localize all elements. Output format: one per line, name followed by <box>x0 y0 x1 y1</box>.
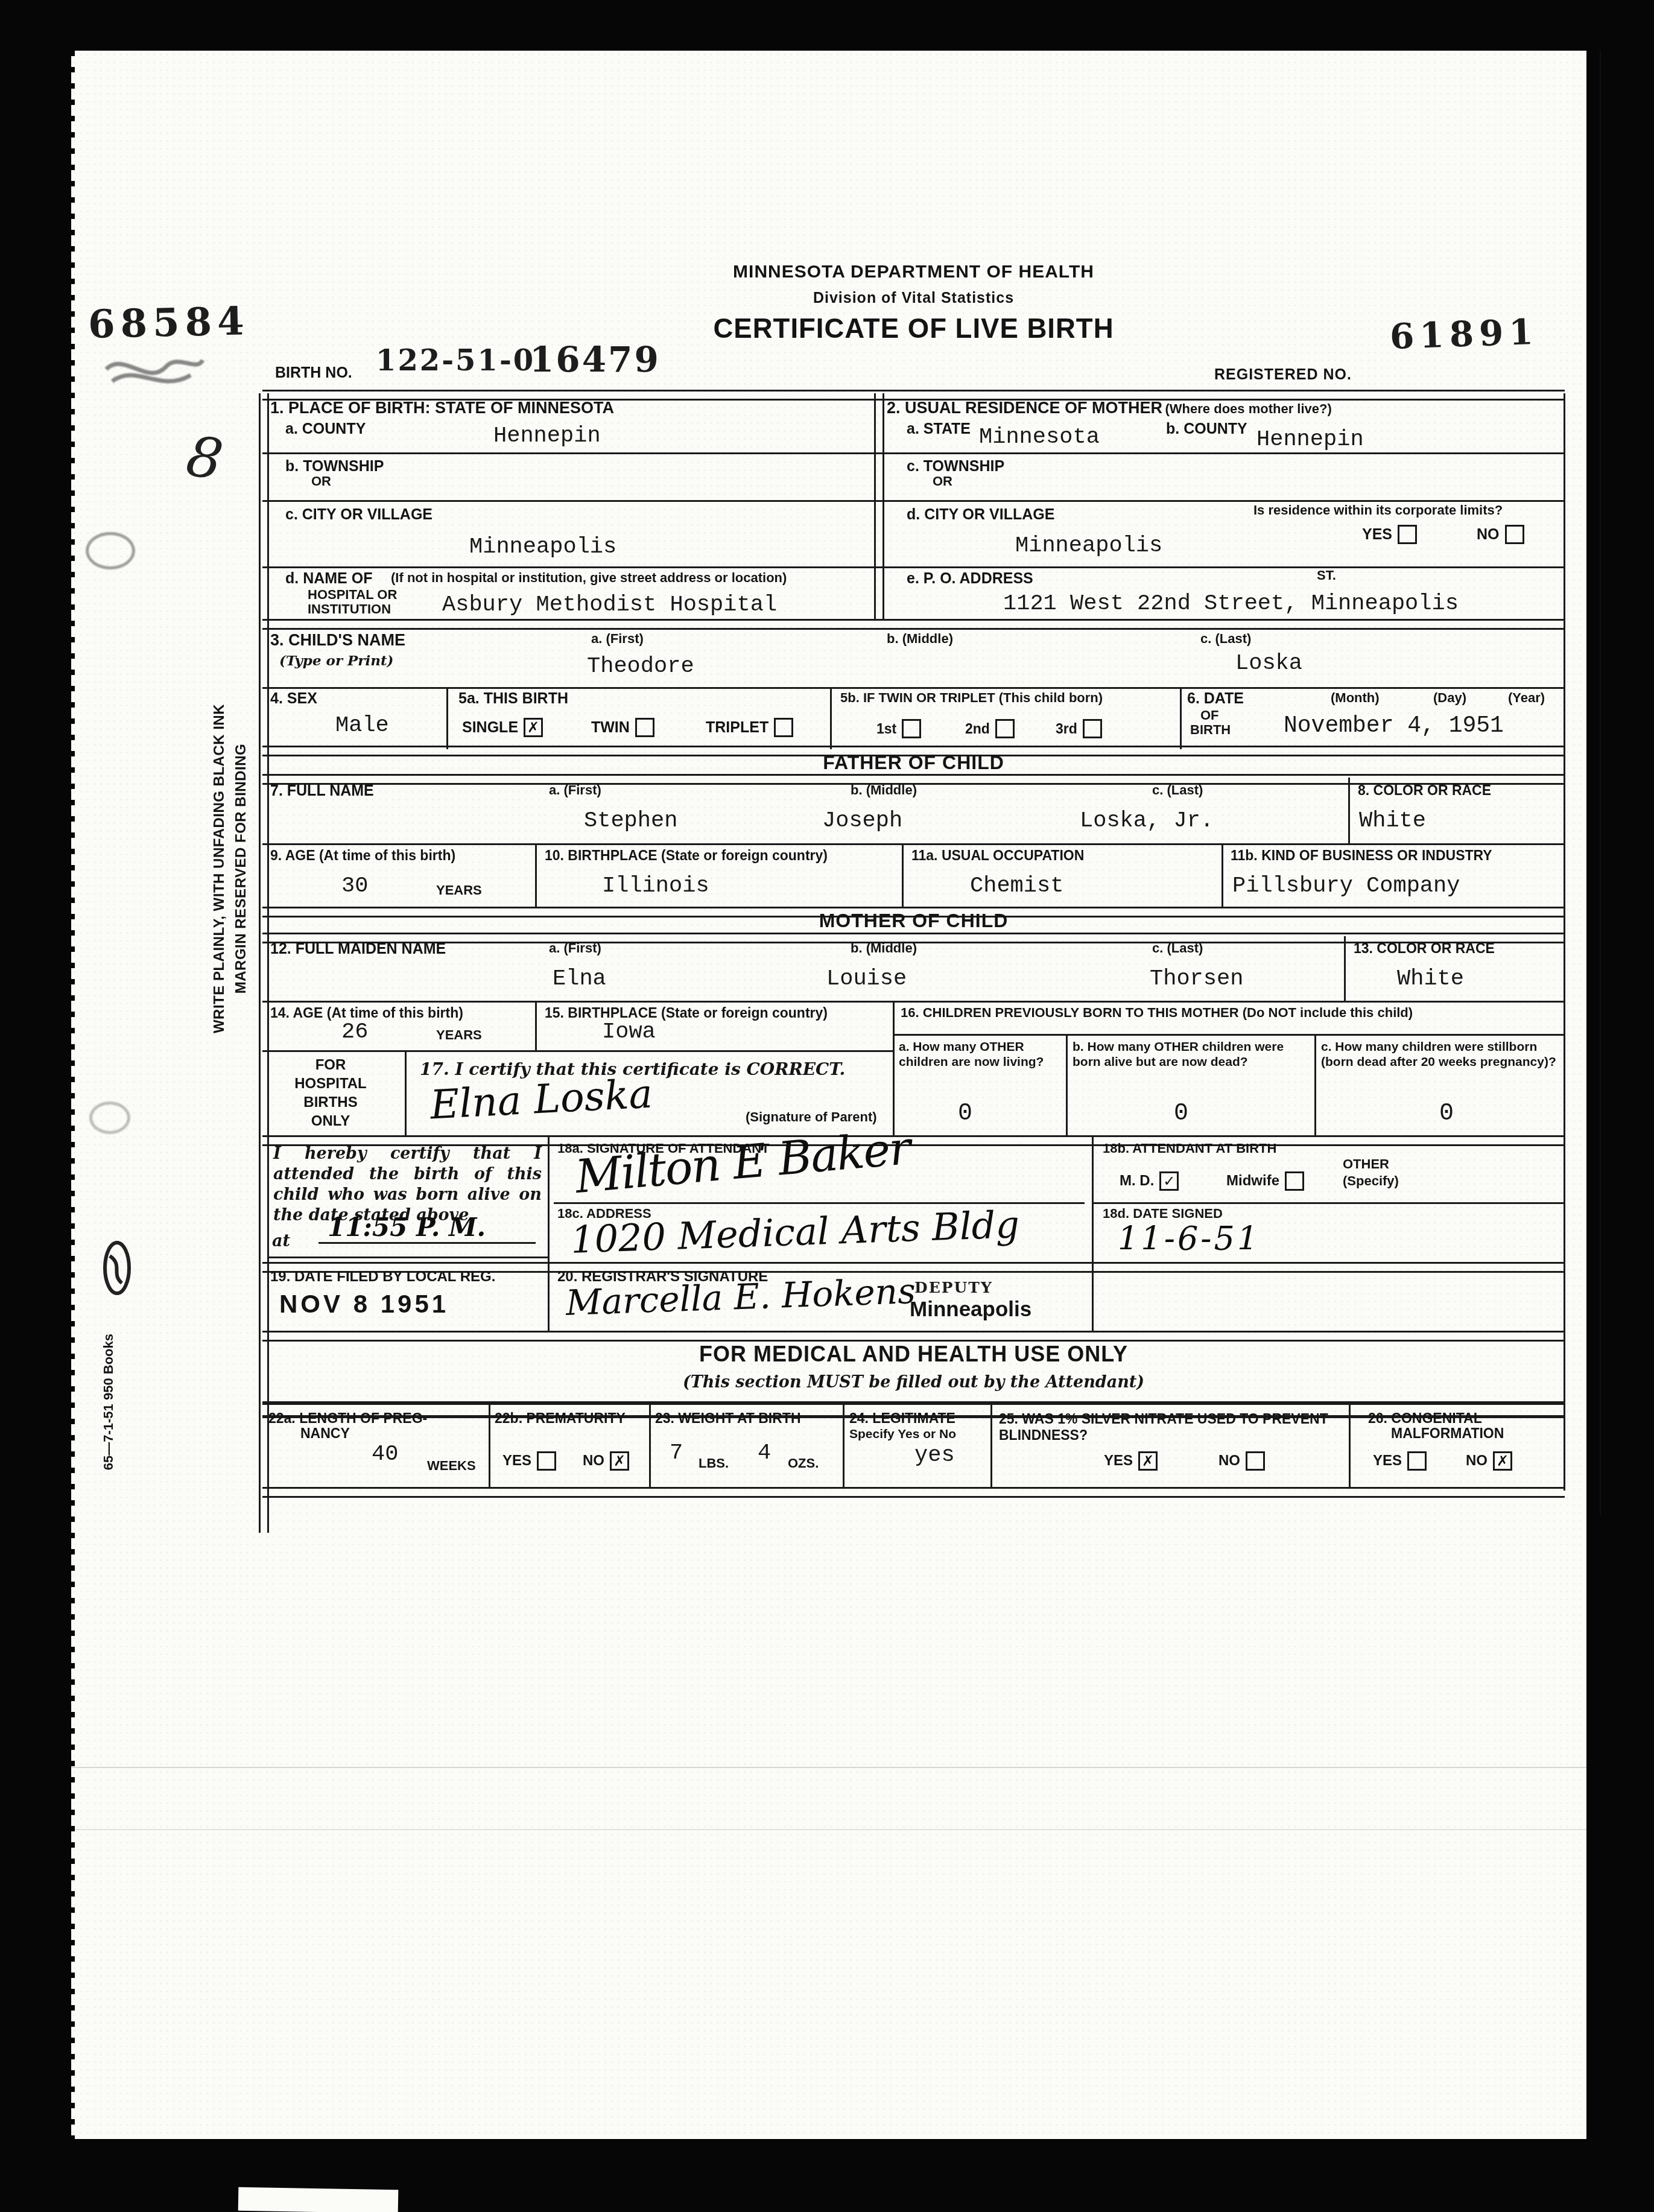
father-middle-label: b. (Middle) <box>851 783 917 797</box>
scan-smudge-ring <box>86 532 135 569</box>
sec5a-twin: TWIN <box>591 718 654 737</box>
divider <box>874 393 884 619</box>
margin-note-line1: WRITE PLAINLY, WITH UNFADING BLACK INK <box>209 507 230 1231</box>
sec3-subtitle: (Type or Print) <box>279 653 393 669</box>
mother-middle-label: b. (Middle) <box>851 941 917 955</box>
mother-last-label: c. (Last) <box>1152 941 1203 955</box>
signature-of-parent-label: (Signature of Parent) <box>746 1110 877 1124</box>
divider <box>830 687 832 749</box>
third-label: 3rd <box>1056 721 1077 737</box>
legitimate-value: yes <box>914 1443 955 1468</box>
no-label: NO <box>1477 526 1500 543</box>
sec26-label2: MALFORMATION <box>1391 1426 1504 1441</box>
sec2-township-or: OR <box>933 474 952 489</box>
triplet-checkbox <box>774 718 793 737</box>
sec22a-label1: 22a. LENGTH OF PREG- <box>268 1411 427 1426</box>
mother-race-label: 13. COLOR OR RACE <box>1354 941 1495 956</box>
sec2-st-label: ST. <box>1317 568 1336 583</box>
specify-label: (Specify) <box>1343 1174 1399 1188</box>
sec5a-single: SINGLE ✗ <box>462 718 543 737</box>
twin-checkbox <box>635 718 654 737</box>
single-label: SINGLE <box>462 719 518 737</box>
divider <box>262 1001 1565 1003</box>
sec3-last-label: c. (Last) <box>1200 632 1251 646</box>
sec6-month-label: (Month) <box>1331 691 1380 705</box>
midwife-option: Midwife <box>1226 1171 1304 1191</box>
divider <box>262 1050 893 1052</box>
divider <box>1092 1135 1094 1331</box>
sec18b-label: 18b. ATTENDANT AT BIRTH <box>1103 1141 1276 1156</box>
sec2-township-label: c. TOWNSHIP <box>907 458 1004 475</box>
sec3-title: 3. CHILD'S NAME <box>270 632 405 650</box>
prematurity-yes: YES <box>502 1451 556 1471</box>
sec3-middle-label: b. (Middle) <box>887 632 953 646</box>
ink-smudge <box>100 345 209 399</box>
date-filed-stamp: NOV 8 1951 <box>279 1290 533 1319</box>
children-dead-value: 0 <box>1174 1100 1188 1127</box>
birth-no-prefix: 122-51-0 <box>376 344 535 378</box>
mother-years-label: YEARS <box>436 1028 482 1042</box>
divider <box>1344 936 1346 1001</box>
sec1-city-value: Minneapolis <box>469 534 616 560</box>
sec2-city-label: d. CITY OR VILLAGE <box>907 507 1054 524</box>
father-occupation-label: 11a. USUAL OCCUPATION <box>911 848 1084 863</box>
mother-children-label: 16. CHILDREN PREVIOUSLY BORN TO THIS MOT… <box>901 1006 1413 1020</box>
sec5b-label: 5b. IF TWIN OR TRIPLET (This child born) <box>840 691 1103 705</box>
father-first-label: a. (First) <box>549 783 601 797</box>
divider <box>262 1487 1565 1498</box>
scanned-certificate: { "margin": { "book_stamp": "68584", "ha… <box>0 0 1654 2212</box>
mother-first-label: a. (First) <box>549 941 601 955</box>
mother-first-value: Elna <box>553 966 606 992</box>
sec2-corporate-question: Is residence within its corporate limits… <box>1253 503 1503 518</box>
father-race-value: White <box>1359 808 1426 834</box>
sec2-po-value: 1121 West 22nd Street, Minneapolis <box>1003 591 1459 616</box>
mother-race-value: White <box>1397 966 1464 992</box>
sec1-county-value: Hennepin <box>493 423 601 449</box>
sec6-label3: BIRTH <box>1190 723 1231 737</box>
divider <box>262 500 1565 502</box>
mother-last-value: Thorsen <box>1150 966 1243 992</box>
divider <box>893 1034 1565 1036</box>
father-age-label: 9. AGE (At time of this birth) <box>270 848 455 863</box>
sec2-title-text: 2. USUAL RESIDENCE OF MOTHER <box>887 399 1162 417</box>
father-birthplace-label: 10. BIRTHPLACE (State or foreign country… <box>545 848 828 863</box>
sec2-title: 2. USUAL RESIDENCE OF MOTHER (Where does… <box>887 399 1332 417</box>
divider <box>649 1405 651 1487</box>
divider <box>405 1050 407 1135</box>
divider <box>262 687 1565 689</box>
father-last-label: c. (Last) <box>1152 783 1203 797</box>
yes-label: YES <box>1104 1453 1133 1469</box>
other-label: OTHER <box>1343 1157 1389 1171</box>
sec3-first-value: Theodore <box>587 654 694 679</box>
divider <box>489 1405 490 1487</box>
sec1-hospital-label3: INSTITUTION <box>308 602 391 616</box>
midwife-label: Midwife <box>1226 1173 1279 1190</box>
sec2-state-label: a. STATE <box>907 421 971 438</box>
yes-label: YES <box>1373 1453 1402 1469</box>
father-age-value: 30 <box>341 873 368 899</box>
margin-binding-note: WRITE PLAINLY, WITH UNFADING BLACK INK M… <box>209 507 252 1231</box>
md-label: M. D. <box>1120 1173 1154 1190</box>
sec1-township-or: OR <box>311 474 331 489</box>
mother-birthplace-label: 15. BIRTHPLACE (State or foreign country… <box>545 1006 828 1021</box>
mother-birthplace-value: Iowa <box>602 1019 656 1045</box>
handwritten-margin-mark: 8 <box>182 423 227 493</box>
divider <box>990 1405 992 1487</box>
date-signed-value: 11-6-51 <box>1118 1220 1260 1258</box>
sec6-year-label: (Year) <box>1508 691 1545 705</box>
sec6-label2: OF <box>1200 708 1219 723</box>
divider <box>1314 1034 1316 1135</box>
attendant-signature: Milton E Baker <box>573 1121 912 1203</box>
divider <box>262 619 1565 630</box>
divider <box>1066 1034 1068 1135</box>
father-first-value: Stephen <box>584 808 677 834</box>
header-division: Division of Vital Statistics <box>262 290 1565 307</box>
pregnancy-weeks-value: 40 <box>372 1442 398 1467</box>
father-race-label: 8. COLOR OR RACE <box>1358 783 1491 798</box>
yes-label: YES <box>1362 526 1392 543</box>
sec1-title: 1. PLACE OF BIRTH: STATE OF MINNESOTA <box>270 399 614 417</box>
sec5a-label: 5a. THIS BIRTH <box>458 691 568 708</box>
triplet-label: TRIPLET <box>706 719 768 737</box>
prematurity-no: NO ✗ <box>583 1451 629 1471</box>
medical-subtitle: (This section MUST be filled out by the … <box>262 1373 1565 1392</box>
father-occupation-value: Chemist <box>970 873 1063 899</box>
side-line1: FOR <box>270 1056 391 1074</box>
sec2-city-value: Minneapolis <box>1015 533 1162 559</box>
sec18d-label: 18d. DATE SIGNED <box>1103 1206 1223 1221</box>
sec6-label1: 6. DATE <box>1187 691 1244 708</box>
header-department: MINNESOTA DEPARTMENT OF HEALTH <box>262 262 1565 282</box>
ozs-label: OZS. <box>788 1456 819 1471</box>
no-checkbox: ✗ <box>1493 1451 1512 1471</box>
sec1-township-label: b. TOWNSHIP <box>285 458 384 475</box>
no-checkbox: ✗ <box>610 1451 629 1471</box>
father-name-label: 7. FULL NAME <box>270 783 374 800</box>
silver-nitrate-yes: YES ✗ <box>1104 1451 1158 1471</box>
no-label: NO <box>583 1453 604 1469</box>
divider <box>535 843 537 907</box>
children-living-question: a. How many OTHER children are now livin… <box>899 1040 1057 1070</box>
sec2-state-value: Minnesota <box>979 425 1100 450</box>
medical-banner: FOR MEDICAL AND HEALTH USE ONLY <box>262 1342 1565 1367</box>
divider <box>262 452 1565 454</box>
father-years-label: YEARS <box>436 883 482 898</box>
yes-label: YES <box>502 1453 531 1469</box>
divider <box>1564 393 1565 1491</box>
divider <box>446 687 448 749</box>
single-checkbox: ✗ <box>524 718 543 737</box>
scan-edge-notch <box>238 2187 399 2212</box>
md-option: M. D. ✓ <box>1120 1171 1179 1191</box>
divider <box>1348 778 1350 843</box>
certificate-serial-stamp: 61891 <box>1389 311 1539 358</box>
mother-name-label: 12. FULL MAIDEN NAME <box>270 941 446 958</box>
silver-nitrate-no: NO <box>1218 1451 1265 1471</box>
sec5b-2nd: 2nd <box>965 719 1015 738</box>
yes-checkbox <box>1398 525 1417 544</box>
divider <box>548 1135 550 1331</box>
yes-checkbox <box>1407 1451 1427 1471</box>
sec1-city-label: c. CITY OR VILLAGE <box>285 507 433 524</box>
sec1-hospital-label1: d. NAME OF <box>285 571 372 588</box>
sec25-label: 25. WAS 1% SILVER NITRATE USED TO PREVEN… <box>999 1411 1337 1444</box>
no-label: NO <box>1466 1453 1488 1469</box>
divider <box>893 1001 895 1135</box>
underline <box>267 1257 548 1258</box>
sec24-sub-label: Specify Yes or No <box>849 1427 956 1441</box>
divider <box>262 1331 1565 1342</box>
first-label: 1st <box>876 721 896 737</box>
sec3-first-label: a. (First) <box>591 632 644 646</box>
mother-middle-value: Louise <box>826 966 907 992</box>
form-print-code: 65—7-1-51 950 Books <box>101 1287 116 1516</box>
mother-age-label: 14. AGE (At time of this birth) <box>270 1006 463 1021</box>
sec22b-label: 22b. PREMATURITY <box>495 1411 626 1426</box>
divider <box>535 1001 537 1050</box>
sec1-county-label: a. COUNTY <box>285 421 366 438</box>
sec5a-triplet: TRIPLET <box>706 718 793 737</box>
divider <box>262 566 1565 568</box>
divider <box>1092 1202 1565 1204</box>
sec2-title-note: (Where does mother live?) <box>1165 401 1332 416</box>
scan-artifact-line <box>71 1829 1586 1830</box>
sec1-hospital-note: (If not in hospital or institution, give… <box>391 571 787 585</box>
deputy-place-stamp: Minneapolis <box>910 1298 1031 1322</box>
certificate-page: 68584 8 WRITE PLAINLY, WITH UNFADING BLA… <box>71 51 1586 2139</box>
weeks-label: WEEKS <box>427 1459 476 1473</box>
twin-label: TWIN <box>591 719 630 737</box>
father-industry-label: 11b. KIND OF BUSINESS OR INDUSTRY <box>1231 848 1492 863</box>
lbs-label: LBS. <box>699 1456 729 1471</box>
father-birthplace-value: Illinois <box>602 873 709 899</box>
yes-checkbox: ✗ <box>1138 1451 1158 1471</box>
side-line4: ONLY <box>270 1112 391 1130</box>
at-label: at <box>272 1232 290 1250</box>
father-banner: FATHER OF CHILD <box>262 752 1565 774</box>
no-checkbox <box>1246 1451 1265 1471</box>
page-title: CERTIFICATE OF LIVE BIRTH <box>282 311 1545 344</box>
sec3-last-value: Loska <box>1235 651 1302 676</box>
sec6-value: November 4, 1951 <box>1284 713 1504 739</box>
sec4-value: Male <box>335 713 389 738</box>
divider <box>902 843 904 907</box>
weight-oz-value: 4 <box>758 1440 771 1466</box>
sec2-po-label: e. P. O. ADDRESS <box>907 571 1033 588</box>
sec4-label: 4. SEX <box>270 691 317 708</box>
sec2-corporate-no: NO <box>1477 525 1524 544</box>
children-stillborn-question: c. How many children were stillborn (bor… <box>1321 1040 1557 1070</box>
underline <box>318 1242 536 1244</box>
mother-banner: MOTHER OF CHILD <box>262 910 1565 932</box>
sec1-hospital-value: Asbury Methodist Hospital <box>442 592 777 618</box>
divider <box>1349 1405 1351 1487</box>
sec2-county-label: b. COUNTY <box>1166 421 1247 438</box>
sec19-label: 19. DATE FILED BY LOCAL REG. <box>270 1269 495 1285</box>
sec2-corporate-yes: YES <box>1362 525 1417 544</box>
children-living-value: 0 <box>958 1100 972 1127</box>
sec24-label: 24. LEGITIMATE <box>849 1411 955 1426</box>
no-label: NO <box>1218 1453 1240 1469</box>
sec2-county-value: Hennepin <box>1256 427 1364 452</box>
divider <box>262 843 1565 845</box>
sec5b-3rd: 3rd <box>1056 719 1102 738</box>
scan-smudge-ring <box>89 1101 130 1134</box>
first-checkbox <box>902 719 921 738</box>
margin-note-line2: MARGIN RESERVED FOR BINDING <box>230 507 252 1231</box>
midwife-checkbox <box>1285 1171 1304 1191</box>
second-checkbox <box>995 719 1015 738</box>
father-middle-value: Joseph <box>822 808 902 834</box>
father-industry-value: Pillsbury Company <box>1232 873 1460 899</box>
deputy-label: DEPUTY <box>914 1279 993 1296</box>
father-last-value: Loska, Jr. <box>1080 808 1214 834</box>
sec6-day-label: (Day) <box>1433 691 1466 705</box>
second-label: 2nd <box>965 721 990 737</box>
children-dead-question: b. How many OTHER children were born ali… <box>1073 1040 1305 1070</box>
weight-lbs-value: 7 <box>670 1440 683 1466</box>
divider <box>1180 687 1182 749</box>
birth-no-serial: 16479 <box>530 339 661 380</box>
sec1-hospital-label2: HOSPITAL OR <box>308 588 397 602</box>
third-checkbox <box>1083 719 1102 738</box>
side-line2: HOSPITAL <box>270 1074 391 1093</box>
book-number-stamp: 68584 <box>87 299 250 347</box>
children-stillborn-value: 0 <box>1439 1100 1454 1127</box>
time-of-birth-value: 11:55 P. M. <box>328 1212 486 1242</box>
malformation-yes: YES <box>1373 1451 1427 1471</box>
page-fold-line <box>1600 51 1601 1516</box>
sec22a-label2: NANCY <box>300 1426 350 1441</box>
malformation-no: NO ✗ <box>1466 1451 1512 1471</box>
scan-artifact-line <box>71 1767 1586 1768</box>
yes-checkbox <box>537 1451 556 1471</box>
no-checkbox <box>1505 525 1524 544</box>
divider <box>1221 843 1223 907</box>
hospital-births-only-label: FOR HOSPITAL BIRTHS ONLY <box>270 1056 391 1130</box>
sec23-label: 23. WEIGHT AT BIRTH <box>655 1411 801 1426</box>
mother-age-value: 26 <box>341 1019 368 1045</box>
birth-no-label: BIRTH NO. <box>275 365 352 382</box>
registered-no-label: REGISTERED NO. <box>1214 367 1352 384</box>
side-line3: BIRTHS <box>270 1093 391 1112</box>
sec26-label1: 26. CONGENITAL <box>1368 1411 1482 1426</box>
sec5b-1st: 1st <box>876 719 921 738</box>
md-checkbox: ✓ <box>1159 1171 1179 1191</box>
divider <box>843 1405 844 1487</box>
